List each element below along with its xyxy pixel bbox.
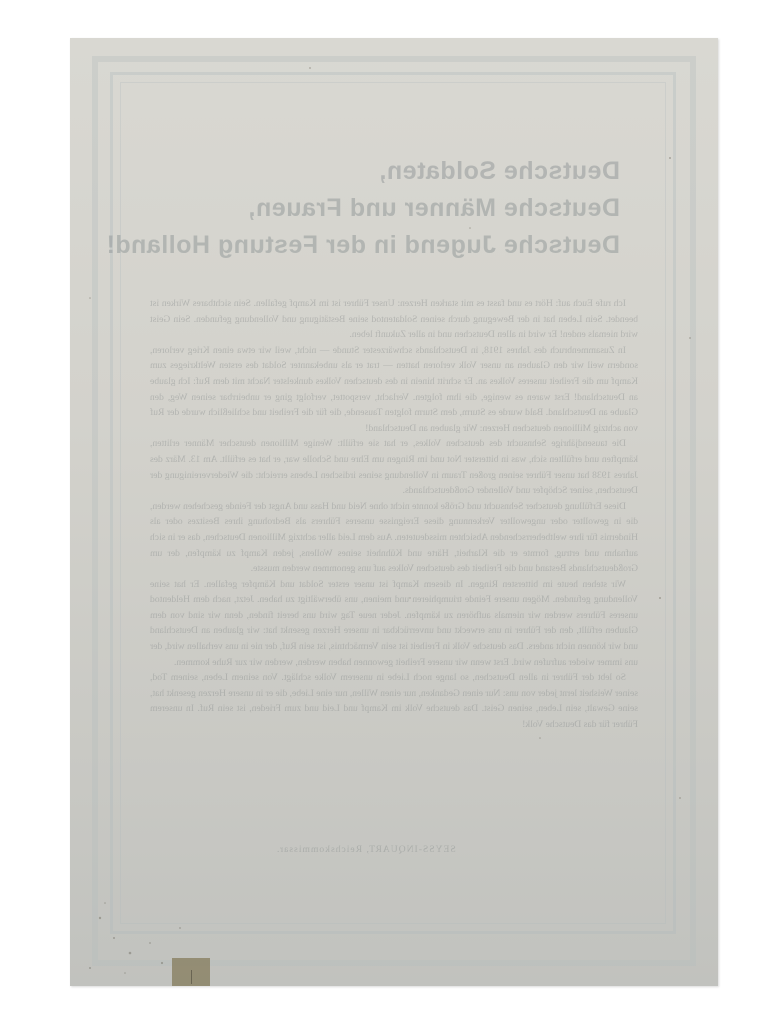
archive-label-stamp xyxy=(172,958,210,986)
paragraph: Ich rufe Euch auf: Hört es und fasst es … xyxy=(150,296,638,343)
paragraph: So lebt der Führer in allen Deutschen, s… xyxy=(150,670,638,732)
headline: Deutsche Soldaten, Deutsche Männer und F… xyxy=(150,153,620,264)
signature: SEYSS-INQUART, Reichskommissar. xyxy=(276,844,456,855)
paragraph: Wir stehen heute im bittersten Ringen. I… xyxy=(150,577,638,671)
paragraph: Die tausendjährige Sehnsucht des deutsch… xyxy=(150,436,638,498)
stamp-mark xyxy=(191,970,192,984)
headline-line-2: Deutsche Männer und Frauen, xyxy=(150,190,620,227)
body-text: Ich rufe Euch auf: Hört es und fasst es … xyxy=(150,296,638,733)
headline-line-3: Deutsche Jugend in der Festung Holland! xyxy=(150,227,620,264)
paragraph: Diese Erfüllung deutscher Sehnsucht und … xyxy=(150,499,638,577)
paragraph: In Zusammenbruch des Jahres 1918, in Deu… xyxy=(150,343,638,437)
headline-line-1: Deutsche Soldaten, xyxy=(150,153,620,190)
leaflet-sheet: Deutsche Soldaten, Deutsche Männer und F… xyxy=(70,38,718,986)
